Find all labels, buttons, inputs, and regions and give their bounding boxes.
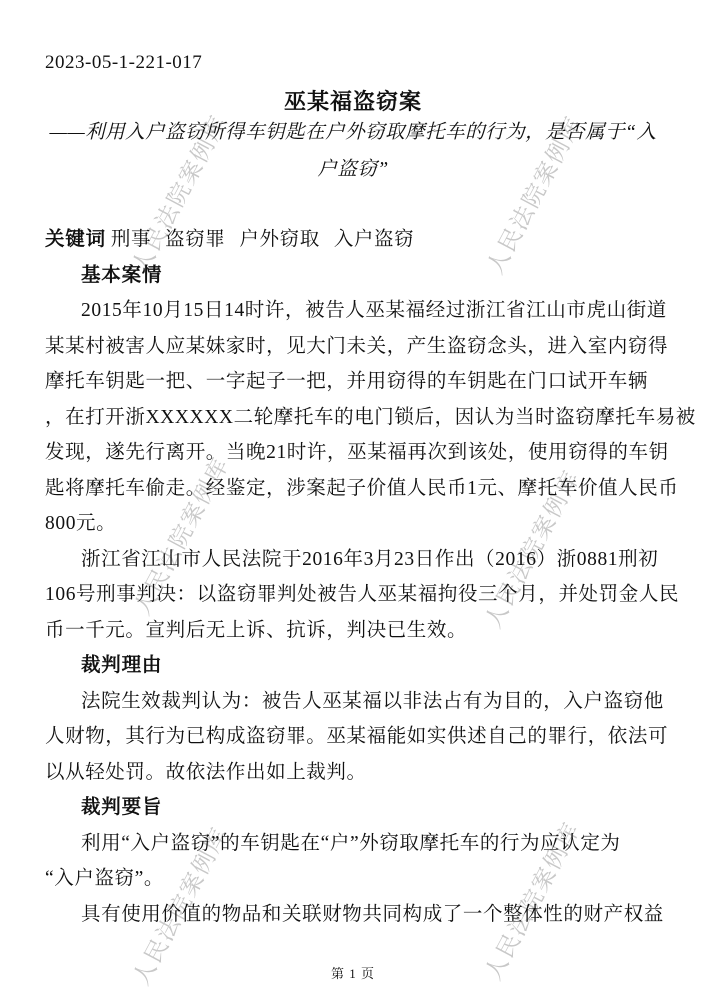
- page-footer: 第 1 页: [0, 963, 706, 982]
- body-line: 利用“入户盗窃”的车钥匙在“户”外窃取摩托车的行为应认定为: [45, 826, 676, 862]
- section-heading: 基本案情: [45, 258, 676, 294]
- page-number: 第 1 页: [331, 966, 375, 981]
- body-line: 币一千元。宣判后无上诉、抗诉，判决已生效。: [45, 613, 676, 649]
- body-line: ，在打开浙XXXXXX二轮摩托车的电门锁后，因认为当时盗窃摩托车易被: [45, 400, 676, 436]
- body-line: 800元。: [45, 506, 676, 542]
- case-number: 2023-05-1-221-017: [45, 52, 202, 74]
- body-line: 以从轻处罚。故依法作出如上裁判。: [45, 755, 676, 791]
- page-title: 巫某福盗窃案: [0, 85, 706, 116]
- subtitle-line: 户盗窃”: [0, 151, 706, 188]
- keyword-term: 刑事: [111, 229, 151, 250]
- body-line: 法院生效裁判认为：被告人巫某福以非法占有为目的，入户盗窃他: [45, 684, 676, 720]
- section-heading: 裁判理由: [45, 648, 676, 684]
- section-heading: 裁判要旨: [45, 790, 676, 826]
- body-line: 106号刑事判决：以盗窃罪判处被告人巫某福拘役三个月，并处罚金人民: [45, 577, 676, 613]
- content-flow: 关键词刑事盗窃罪户外窃取入户盗窃 基本案情2015年10月15日14时许，被告人…: [45, 222, 676, 932]
- document-content: 2023-05-1-221-017 巫某福盗窃案 ——利用入户盗窃所得车钥匙在户…: [0, 0, 706, 999]
- body-line: 匙将摩托车偷走。经鉴定，涉案起子价值人民币1元、摩托车价值人民币: [45, 471, 676, 507]
- body-line: 2015年10月15日14时许，被告人巫某福经过浙江省江山市虎山街道: [45, 293, 676, 329]
- keyword-term: 入户盗窃: [334, 229, 414, 250]
- keywords-label: 关键词: [45, 228, 106, 250]
- keyword-term: 盗窃罪: [165, 229, 225, 250]
- keyword-term: 户外窃取: [239, 229, 319, 250]
- body-line: 人财物，其行为已构成盗窃罪。巫某福能如实供述自己的罪行，依法可: [45, 719, 676, 755]
- body-line: 浙江省江山市人民法院于2016年3月23日作出（2016）浙0881刑初: [45, 542, 676, 578]
- body-line: 发现，遂先行离开。当晚21时许，巫某福再次到该处，使用窃得的车钥: [45, 435, 676, 471]
- body-line: 具有使用价值的物品和关联财物共同构成了一个整体性的财产权益: [45, 897, 676, 933]
- body-line: “入户盗窃”。: [45, 861, 676, 897]
- subtitle-line: ——利用入户盗窃所得车钥匙在户外窃取摩托车的行为，是否属于“入: [0, 114, 706, 151]
- document-page: 人民法院案例库人民法院案例库人民法院案例库人民法院案例库人民法院案例库人民法院案…: [0, 0, 706, 999]
- keywords-row: 关键词刑事盗窃罪户外窃取入户盗窃: [45, 222, 676, 258]
- body-line: 摩托车钥匙一把、一字起子一把，并用窃得的车钥匙在门口试开车辆: [45, 364, 676, 400]
- body-line: 某某村被害人应某妹家时，见大门未关，产生盗窃念头，进入室内窃得: [45, 329, 676, 365]
- subtitle: ——利用入户盗窃所得车钥匙在户外窃取摩托车的行为，是否属于“入 户盗窃”: [0, 114, 706, 188]
